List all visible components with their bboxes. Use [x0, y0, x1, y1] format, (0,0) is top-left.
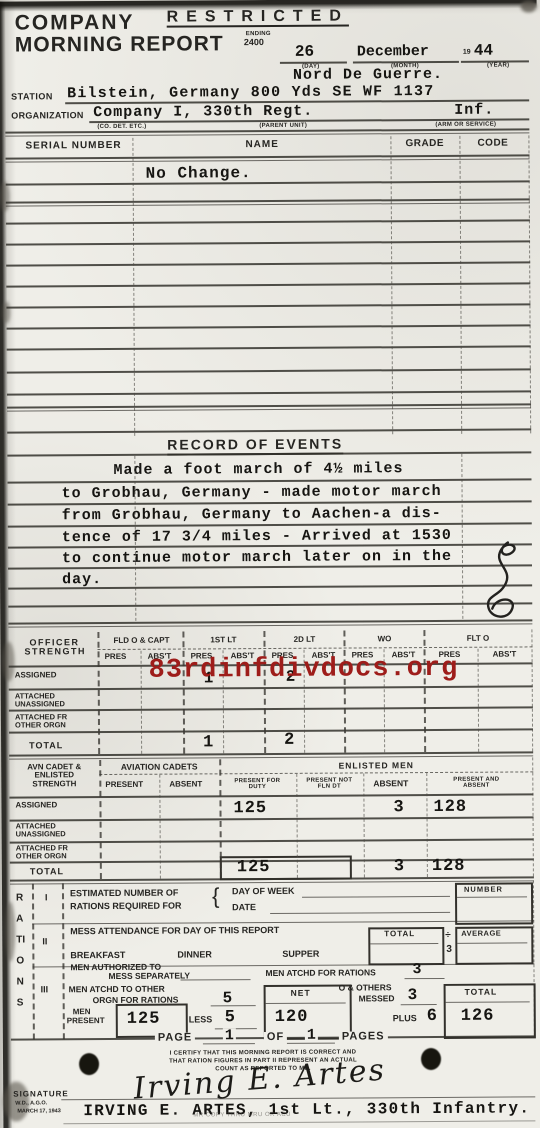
- arm-or-service-value: Inf.: [454, 103, 494, 118]
- rations-vertical-label: RATIONS: [16, 888, 26, 1014]
- officer-group-2dlt: 2D LT: [265, 636, 343, 645]
- form-note-line1: W.D., A.G.O.: [15, 1101, 47, 1107]
- ending-time: 2400: [244, 38, 264, 48]
- divide-sign: ÷: [445, 931, 451, 942]
- record-line-1: Made a foot march of 4½ miles: [113, 461, 403, 478]
- date-year: 44: [474, 43, 493, 59]
- avn-assigned-pres-and-abs: 128: [433, 799, 467, 816]
- roster-header-code: CODE: [477, 139, 508, 150]
- record-line-2: to Grobhau, Germany - made motor march: [62, 484, 442, 501]
- date-year-prefix: 19: [463, 49, 471, 56]
- others-messed-line2: MESSED: [359, 994, 395, 1003]
- avn-row-attached-fr-other: ATTACHED FR OTHER ORGN: [16, 844, 96, 860]
- avn-subhead-present: PRESENT: [105, 781, 143, 790]
- form-title-line1: COMPANY: [15, 12, 135, 35]
- less-label: LESS: [189, 1015, 213, 1025]
- avn-group-enlisted: ENLISTED MEN: [221, 760, 531, 771]
- subhead-abst: ABS'T: [493, 650, 517, 659]
- net-value: 120: [275, 1009, 309, 1026]
- supper-label: SUPPER: [282, 950, 319, 960]
- avn-group-cadets: AVIATION CADETS: [101, 762, 217, 772]
- avn-row-assigned: ASSIGNED: [15, 801, 57, 810]
- typed-signature-line: IRVING E. ARTES, 1st Lt., 330th Infantry…: [83, 1100, 530, 1119]
- hole-punch-right: [421, 1048, 441, 1070]
- plus-label: PLUS: [393, 1014, 417, 1024]
- scan-smudge: [2, 642, 14, 682]
- ration-total-value: 126: [461, 1008, 495, 1025]
- handwritten-squiggle: [478, 538, 529, 623]
- avn-strength-header: AVN CADET & ENLISTED STRENGTH: [17, 763, 91, 789]
- men-present-line2: PRESENT: [67, 1017, 105, 1026]
- roster-header-serial: SERIAL NUMBER: [25, 141, 121, 152]
- scan-smudge: [521, 0, 537, 12]
- record-line-5: to continue motor march later on in the: [62, 549, 452, 566]
- officer-row-assigned: ASSIGNED: [15, 671, 57, 680]
- signature-label: SIGNATURE: [13, 1090, 69, 1099]
- of-label: OF: [264, 1032, 287, 1044]
- organization-label: ORGANIZATION: [11, 111, 83, 121]
- station-label: STATION: [11, 92, 53, 102]
- officer-group-1stlt: 1ST LT: [184, 636, 262, 645]
- org-sublabel-1: (CO. DET. ETC.): [97, 124, 146, 131]
- plus-value: 6: [427, 1008, 437, 1025]
- total-attendance-box-label: TOTAL: [384, 930, 415, 939]
- officer-row-attached-unassigned: ATTACHED UNASSIGNED: [15, 692, 95, 708]
- morning-report-scan: 83rdinfdivdocs.org COMPANY MORNING REPOR…: [0, 0, 540, 1128]
- record-line-4: tence of 17 3/4 miles - Arrived at 1530: [62, 528, 452, 545]
- date-day: 26: [295, 44, 314, 60]
- subhead-pres: PRES: [105, 653, 127, 662]
- avn-subhead-pres-duty: PRESENT FOR DUTY: [229, 778, 285, 791]
- avn-assigned-absent: 3: [393, 799, 403, 816]
- others-messed-value: 3: [408, 987, 418, 1003]
- dinner-label: DINNER: [177, 950, 212, 960]
- org-sublabel-3: (ARM OR SERVICE): [435, 122, 496, 129]
- pages-total: 1: [305, 1028, 318, 1043]
- form-title-line2: MORNING REPORT: [15, 33, 224, 56]
- men-atchd-for-rations-label: MEN ATCHD FOR RATIONS: [265, 968, 375, 978]
- rations-numeral-2: II: [42, 937, 47, 946]
- men-present-value: 125: [127, 1011, 161, 1028]
- officer-strength-header: OFFICER STRENGTH: [24, 638, 84, 657]
- officer-total-2dlt-pres: 2: [284, 732, 294, 749]
- mess-attendance-label: MESS ATTENDANCE FOR DAY OF THIS REPORT: [70, 926, 279, 937]
- roster-header-name: NAME: [245, 140, 279, 151]
- record-line-3: from Grobhau, Germany to Aachen-a dis-: [62, 506, 442, 523]
- men-atchd-other-line1: MEN ATCHD TO OTHER: [69, 985, 165, 995]
- record-line-6: day.: [62, 572, 102, 587]
- avn-total-pres-and-abs: 128: [432, 858, 466, 875]
- roster-entry: No Change.: [146, 165, 252, 182]
- page-number: 1: [223, 1028, 236, 1043]
- form-note-line2: MARCH 17, 1943: [17, 1109, 60, 1115]
- grid-reference: Nord De Guerre.: [293, 67, 443, 83]
- station-value: Bilstein, Germany 800 Yds SE WF 1137: [67, 84, 434, 101]
- organization-value: Company I, 330th Regt.: [93, 104, 313, 120]
- processing-stamp: MR COPY THRU MRU OR ACU: [193, 1112, 291, 1119]
- brace: {: [212, 884, 220, 907]
- officer-total-1stlt-pres: 1: [203, 734, 213, 751]
- others-messed-line1: O & OTHERS: [339, 983, 392, 992]
- avn-subhead-absent: ABSENT: [169, 780, 202, 789]
- avn-subhead-absent2: ABSENT: [373, 779, 408, 788]
- men-atchd-for-rations-value: 3: [412, 962, 421, 977]
- rations-numeral-1: I: [45, 893, 48, 902]
- officer-group-fldo: FLD O & CAPT: [100, 637, 182, 646]
- hole-punch-left: [79, 1053, 99, 1075]
- officer-group-flto: FLT O: [425, 634, 530, 643]
- date-field-label: DATE: [232, 903, 256, 913]
- pages-label: PAGES: [339, 1031, 388, 1043]
- breakfast-label: BREAKFAST: [70, 951, 125, 961]
- number-box-label: NUMBER: [464, 886, 503, 894]
- day-of-week-label: DAY OF WEEK: [232, 887, 295, 897]
- classification-stamp: RESTRICTED: [167, 9, 349, 27]
- org-sublabel-2: (PARENT UNIT): [259, 123, 307, 130]
- officer-group-wo: WO: [345, 635, 423, 644]
- avn-assigned-pres-duty: 125: [233, 800, 267, 817]
- rations-est-line1: ESTIMATED NUMBER OF: [70, 889, 178, 899]
- officer-row-attached-fr-other: ATTACHED FR OTHER ORGN: [15, 713, 95, 729]
- avn-total-pres-duty: 125: [237, 859, 271, 876]
- rations-numeral-3: III: [41, 985, 49, 994]
- scan-smudge: [5, 902, 15, 962]
- ration-total-box-label: TOTAL: [465, 988, 498, 997]
- divide-number: 3: [446, 945, 452, 956]
- date-year-sublabel: (YEAR): [487, 63, 510, 69]
- less-value: 5: [225, 1009, 235, 1026]
- officer-row-total: TOTAL: [29, 741, 63, 751]
- avn-total-absent: 3: [394, 858, 404, 875]
- roster-header-grade: GRADE: [405, 139, 444, 150]
- scan-smudge: [0, 182, 10, 212]
- page-label: PAGE: [155, 1032, 195, 1044]
- men-atchd-other-value: 5: [223, 990, 233, 1006]
- rations-est-line2: RATIONS REQUIRED FOR: [70, 902, 181, 912]
- watermark-text: 83rdinfdivdocs.org: [149, 654, 459, 686]
- scan-smudge: [2, 302, 10, 324]
- date-month: December: [357, 44, 429, 59]
- net-box-label: NET: [291, 989, 311, 998]
- avn-row-attached-unassigned: ATTACHED UNASSIGNED: [16, 822, 96, 838]
- men-authorized-line2: MESS SEPARATELY: [108, 971, 190, 980]
- avn-subhead-pres-not: PRESENT NOT FLN DT: [301, 777, 357, 790]
- average-box-label: AVERAGE: [461, 930, 501, 938]
- avn-row-total: TOTAL: [30, 867, 64, 877]
- avn-subhead-pres-and-abs: PRESENT AND ABSENT: [441, 777, 511, 790]
